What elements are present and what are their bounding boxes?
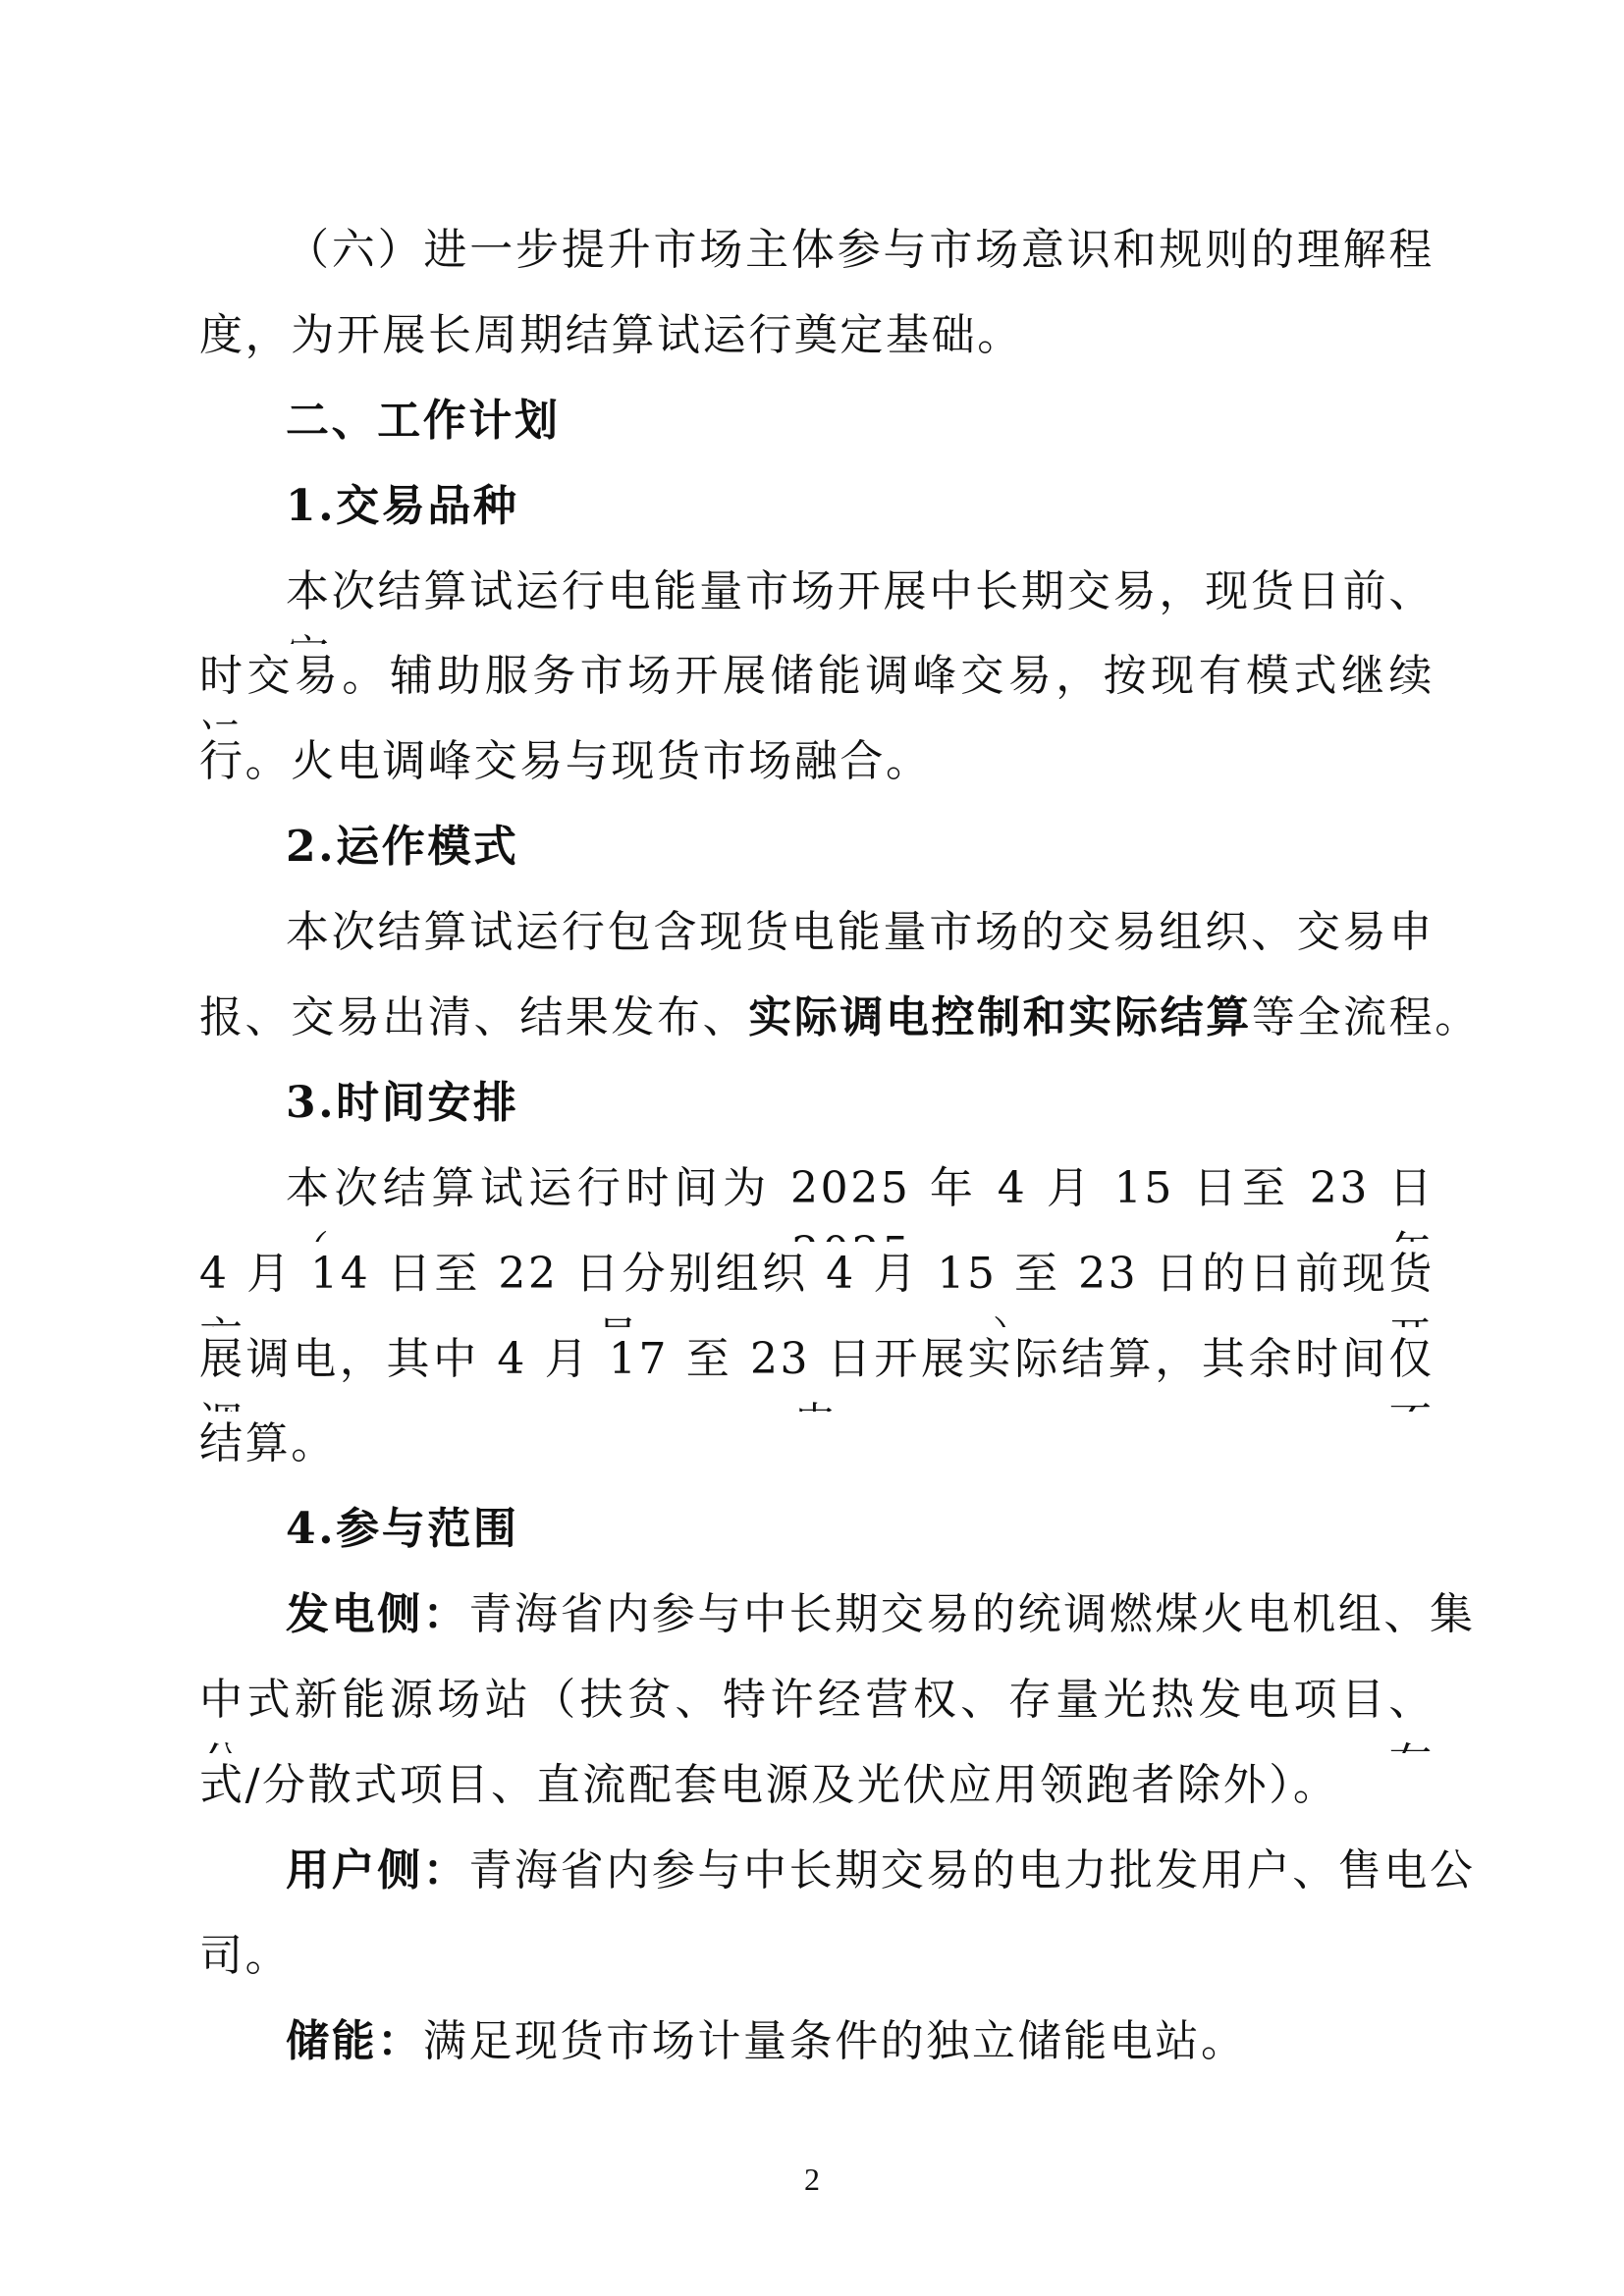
user-side-text: 青海省内参与中长期交易的电力批发用户、售电公 bbox=[468, 1845, 1475, 1896]
subheading-time-schedule: 3.时间安排 bbox=[199, 1071, 1435, 1156]
section-heading-work-plan: 二、工作计划 bbox=[199, 389, 1435, 474]
paragraph-time-schedule-line-4: 结算。 bbox=[199, 1412, 1435, 1497]
paragraph-user-side-line-2: 司。 bbox=[199, 1924, 1435, 2009]
paragraph-time-schedule-line-2: 4 月 14 日至 22 日分别组织 4 月 15 至 23 日的日前现货交易）… bbox=[199, 1242, 1435, 1327]
paragraph-operation-mode-line-2: 报、交易出清、结果发布、实际调电控制和实际结算等全流程。 bbox=[199, 986, 1435, 1071]
paragraph-goal-6-line-1: （六）进一步提升市场主体参与市场意识和规则的理解程 bbox=[199, 218, 1435, 303]
paragraph-operation-mode-line-1: 本次结算试运行包含现货电能量市场的交易组织、交易申 bbox=[199, 900, 1435, 986]
subheading-trading-types: 1.交易品种 bbox=[199, 474, 1435, 560]
operation-mode-text-b: 等全流程。 bbox=[1252, 992, 1481, 1042]
document-page: （六）进一步提升市场主体参与市场意识和规则的理解程 度，为开展长周期结算试运行奠… bbox=[0, 0, 1624, 2296]
storage-label: 储能： bbox=[286, 2016, 423, 2066]
generation-side-text: 青海省内参与中长期交易的统调燃煤火电机组、集 bbox=[468, 1589, 1475, 1639]
paragraph-user-side-line-1: 用户侧：青海省内参与中长期交易的电力批发用户、售电公 bbox=[199, 1839, 1435, 1924]
page-number: 2 bbox=[0, 2162, 1624, 2198]
paragraph-generation-side-line-2: 中式新能源场站（扶贫、特许经营权、存量光热发电项目、分布 bbox=[199, 1668, 1435, 1753]
operation-mode-text-a: 报、交易出清、结果发布、 bbox=[199, 992, 748, 1042]
paragraph-generation-side-line-3: 式/分散式项目、直流配套电源及光伏应用领跑者除外）。 bbox=[199, 1753, 1435, 1839]
subheading-participation-scope: 4.参与范围 bbox=[199, 1497, 1435, 1582]
generation-side-label: 发电侧： bbox=[286, 1589, 468, 1639]
subheading-operation-mode: 2.运作模式 bbox=[199, 815, 1435, 900]
paragraph-goal-6-line-2: 度，为开展长周期结算试运行奠定基础。 bbox=[199, 303, 1435, 389]
paragraph-trading-types-line-3: 行。火电调峰交易与现货市场融合。 bbox=[199, 729, 1435, 815]
operation-mode-emphasis: 实际调电控制和实际结算 bbox=[748, 992, 1252, 1042]
paragraph-storage-line-1: 储能：满足现货市场计量条件的独立储能电站。 bbox=[199, 2009, 1435, 2095]
paragraph-generation-side-line-1: 发电侧：青海省内参与中长期交易的统调燃煤火电机组、集 bbox=[199, 1582, 1435, 1668]
page-content: （六）进一步提升市场主体参与市场意识和规则的理解程 度，为开展长周期结算试运行奠… bbox=[199, 218, 1435, 2095]
paragraph-trading-types-line-2: 时交易。辅助服务市场开展储能调峰交易，按现有模式继续运 bbox=[199, 644, 1435, 729]
paragraph-time-schedule-line-1: 本次结算试运行时间为 2025 年 4 月 15 日至 23 日（2025 年 bbox=[199, 1156, 1435, 1242]
storage-text: 满足现货市场计量条件的独立储能电站。 bbox=[423, 2016, 1247, 2066]
paragraph-time-schedule-line-3: 展调电，其中 4 月 17 至 23 日开展实际结算，其余时间仅调电不 bbox=[199, 1327, 1435, 1413]
paragraph-trading-types-line-1: 本次结算试运行电能量市场开展中长期交易，现货日前、实 bbox=[199, 560, 1435, 645]
user-side-label: 用户侧： bbox=[286, 1845, 468, 1896]
